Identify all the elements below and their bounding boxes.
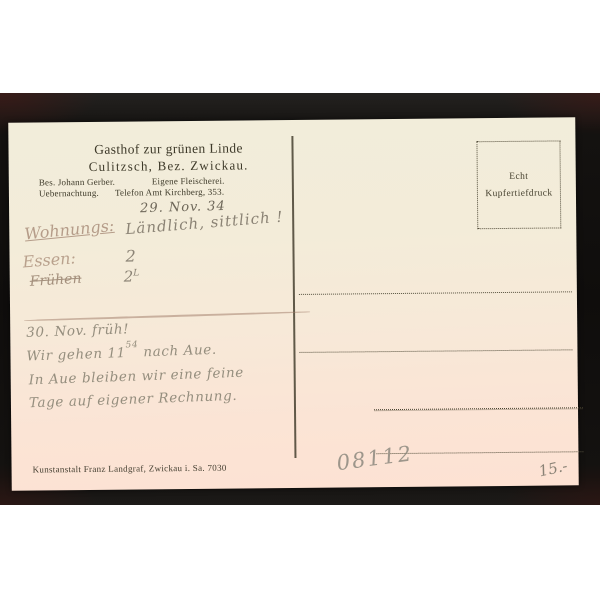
note-train-time-sup: 54 (125, 340, 138, 350)
note-train-pre: Wir gehen 11 (26, 345, 126, 365)
stamp-box-line2: Kupfertiefdruck (485, 188, 552, 199)
faint-pencil-line (24, 311, 310, 321)
lodging-service-line: Uebernachtung. (39, 188, 99, 199)
handwritten-meals-value: 2 (125, 247, 135, 266)
crossed-value-base: 2 (124, 268, 134, 286)
scan-page: Gasthof zur grünen Linde Culitzsch, Bez.… (0, 0, 600, 600)
note-train-post: nach Aue. (138, 342, 217, 361)
handwritten-meals-label: Essen: (22, 248, 77, 271)
handwritten-price: 15.- (537, 457, 569, 481)
stamp-box: Echt Kupfertiefdruck (476, 140, 561, 229)
address-line-1 (299, 291, 572, 295)
note-line-3: In Aue bleiben wir eine feine (28, 365, 244, 389)
butcher-line: Eigene Fleischerei. (152, 176, 225, 187)
postcard-title: Gasthof zur grünen Linde (53, 140, 283, 158)
note-date-line: 30. Nov. früh! (26, 321, 129, 341)
divider-line (291, 136, 296, 458)
crossed-value-sup: L (133, 268, 139, 278)
note-line-4: Tage auf eigener Rechnung. (29, 388, 238, 411)
address-line-3 (374, 407, 583, 410)
phone-line: Telefon Amt Kirchberg, 353. (115, 187, 224, 198)
postcard-back: Gasthof zur grünen Linde Culitzsch, Bez.… (8, 117, 579, 490)
handwritten-catalog-number: 08112 (335, 441, 414, 475)
stamp-box-line1: Echt (509, 171, 528, 181)
publisher-line: Kunstanstalt Franz Landgraf, Zwickau i. … (33, 463, 227, 475)
handwritten-crossed-value: 2L (124, 267, 140, 285)
handwritten-lodging-label: Wohnungs: (24, 216, 115, 244)
note-train-line: Wir gehen 1154 nach Aue. (26, 341, 217, 364)
owner-line: Bes. Johann Gerber. (39, 177, 115, 188)
postcard-subtitle: Culitzsch, Bez. Zwickau. (54, 157, 284, 175)
handwritten-crossed-word: Frühen (29, 271, 82, 290)
address-line-2 (299, 349, 572, 353)
